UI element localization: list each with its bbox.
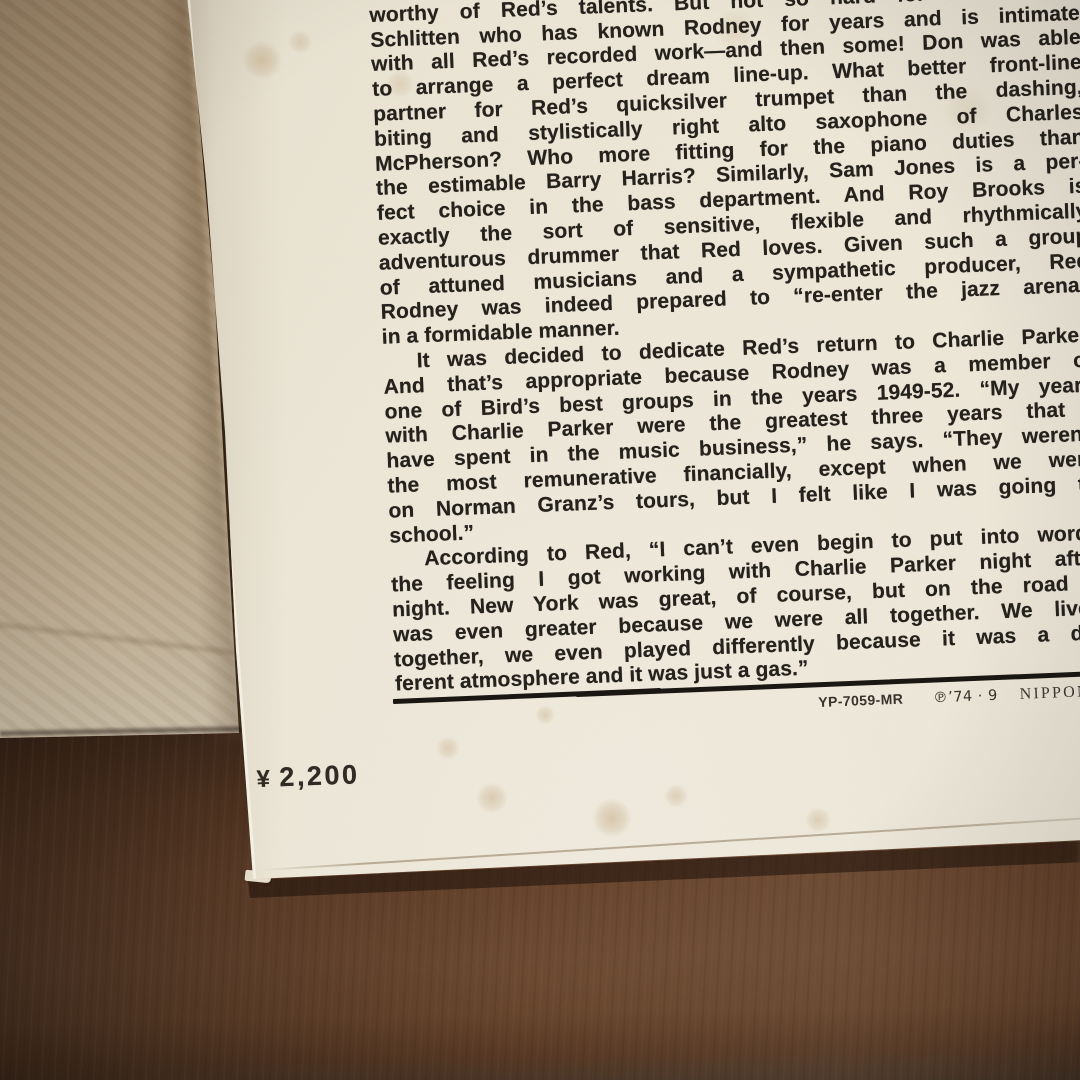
liner-notes-paragraph-1: worthy of Red’s talents. But not so hard…	[369, 0, 1080, 351]
foxing-stain	[592, 798, 632, 838]
footer-credits-row: YP-7059-MR ℗’74 · 9 NIPPON COL	[818, 681, 1080, 712]
liner-notes-paragraph-3: According to Red, “I can’t even begin to…	[390, 522, 1080, 698]
liner-notes-text-block: Hou worthy of Red’s talents. But not so …	[368, 0, 1080, 698]
foxing-stain	[288, 30, 312, 54]
foxing-stain	[535, 705, 555, 725]
catalog-number: YP-7059-MR	[818, 691, 903, 710]
foxing-stain	[664, 784, 688, 808]
pressing-year: ℗’74 · 9	[933, 688, 998, 707]
foxing-stain	[436, 736, 460, 760]
foxing-stain	[805, 807, 831, 833]
foxing-stain	[476, 782, 508, 814]
price-tag: ¥2,200	[256, 759, 360, 794]
record-label-name: NIPPON COL	[1019, 681, 1080, 704]
foxing-stain	[242, 40, 282, 80]
liner-notes-paragraph-2: It was decided to dedicate Red’s return …	[382, 323, 1080, 548]
photo-scene: Hou worthy of Red’s talents. But not so …	[0, 0, 1080, 1080]
